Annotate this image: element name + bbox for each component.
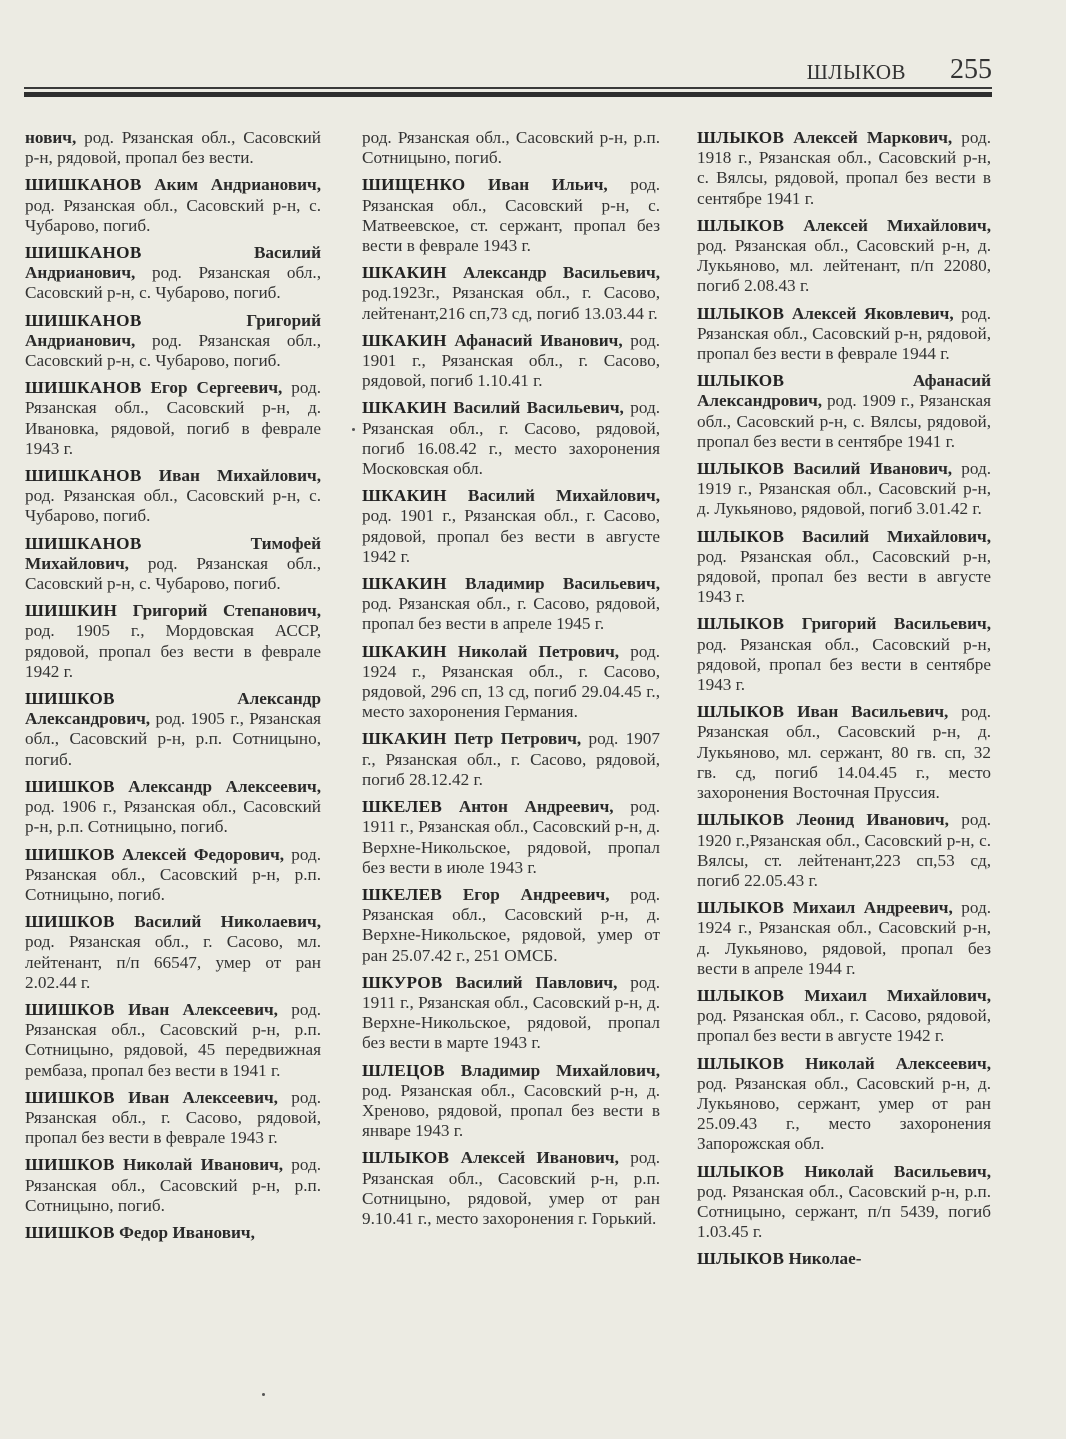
- entry-details: род. Рязанская обл., г. Сасово, рядовой,…: [362, 594, 660, 633]
- entry-given-names: Иван Алексеевич,: [115, 1088, 278, 1107]
- entry-details: род. 1901 г., Рязанская обл., г. Сасово,…: [362, 506, 660, 565]
- list-entry: ШКЕЛЕВ Егор Андреевич, род. Рязанская об…: [362, 885, 660, 966]
- entry-given-names: Василий Павлович,: [443, 973, 618, 992]
- entry-given-names: Иван Васильевич,: [784, 702, 948, 721]
- entry-details: род. 1906 г., Рязанская обл., Сасовский …: [25, 797, 321, 836]
- entry-surname: ШИШКОВ: [25, 1000, 115, 1019]
- entry-surname: ШИШКИН: [25, 601, 117, 620]
- entry-surname: ШЛЫКОВ: [697, 1162, 784, 1181]
- list-entry: ШИШКОВ Николай Иванович, род. Рязанская …: [25, 1155, 321, 1216]
- entry-details: род. Рязанская обл., Сасовский р-н, д. Л…: [697, 236, 991, 295]
- entry-surname: ШИШКАНОВ: [25, 378, 142, 397]
- list-entry: ШКАКИН Александр Васильевич, род.1923г.,…: [362, 263, 660, 324]
- list-entry: ШЛЫКОВ Алексей Маркович, род. 1918 г., Р…: [697, 128, 991, 209]
- list-entry: ШЛЫКОВ Алексей Иванович, род. Рязанская …: [362, 1148, 660, 1229]
- entry-given-names: Николай Петрович,: [447, 642, 619, 661]
- entry-surname: ШЛЫКОВ: [697, 128, 784, 147]
- entry-surname: ШИШКОВ: [25, 912, 115, 931]
- list-entry: ШКАКИН Петр Петрович, род. 1907 г., Ряза…: [362, 729, 660, 790]
- list-entry: ШЛЕЦОВ Владимир Михайлович, род. Рязанск…: [362, 1061, 660, 1142]
- entry-given-names: Григорий Васильевич,: [784, 614, 991, 633]
- entry-surname: ШКАКИН: [362, 486, 447, 505]
- list-entry: ШИШКОВ Василий Николаевич, род. Рязанска…: [25, 912, 321, 993]
- entry-surname: ШЛЫКОВ: [362, 1148, 449, 1167]
- list-entry: ШИШКАНОВ Григорий Андрианович, род. Ряза…: [25, 311, 321, 372]
- entry-given-names: Афанасий Иванович,: [447, 331, 623, 350]
- entry-given-names: Николай Васильевич,: [784, 1162, 991, 1181]
- entry-surname: ШИШКОВ: [25, 845, 115, 864]
- entry-surname: ШЛЫКОВ: [697, 810, 784, 829]
- list-entry: ШЛЫКОВ Леонид Иванович, род. 1920 г.,Ряз…: [697, 810, 991, 891]
- text-column-3: ШЛЫКОВ Алексей Маркович, род. 1918 г., Р…: [697, 128, 991, 1277]
- entry-surname: ШЛЫКОВ: [697, 614, 784, 633]
- entry-given-names: Егор Сергеевич,: [142, 378, 283, 397]
- list-entry: ШИШКОВ Иван Алексеевич, род. Рязанская о…: [25, 1000, 321, 1081]
- entry-surname: ШЛЫКОВ: [697, 304, 784, 323]
- entry-surname: ШИШКОВ: [25, 689, 115, 708]
- list-entry: ШИШКАНОВ Тимофей Михайлович, род. Рязанс…: [25, 534, 321, 595]
- entry-surname: ШКАКИН: [362, 263, 447, 282]
- entry-given-names: Антон Андреевич,: [442, 797, 613, 816]
- list-entry: ШИШКАНОВ Егор Сергеевич, род. Рязанская …: [25, 378, 321, 459]
- list-entry: ШИШКАНОВ Аким Андрианович, род. Рязанска…: [25, 175, 321, 236]
- entry-given-names: Михаил Андреевич,: [784, 898, 953, 917]
- entry-given-names: Василий Васильевич,: [447, 398, 624, 417]
- list-entry: ШЛЫКОВ Михаил Михайлович, род. Рязанская…: [697, 986, 991, 1047]
- entry-surname: ШИШКАНОВ: [25, 534, 142, 553]
- list-entry: ШКЕЛЕВ Антон Андреевич, род. 1911 г., Ря…: [362, 797, 660, 878]
- entry-surname: ШЛЫКОВ: [697, 898, 784, 917]
- entry-given-names: Петр Петрович,: [447, 729, 581, 748]
- entry-surname: ШИЩЕНКО: [362, 175, 465, 194]
- entry-surname: ШКЕЛЕВ: [362, 797, 442, 816]
- list-entry: ШЛЫКОВ Афанасий Александрович, род. 1909…: [697, 371, 991, 452]
- entry-given-names: Алексей Маркович,: [784, 128, 952, 147]
- list-entry: ШЛЫКОВ Григорий Васильевич, род. Рязанск…: [697, 614, 991, 695]
- entry-given-names: Алексей Яковлевич,: [784, 304, 953, 323]
- list-entry: ШКАКИН Владимир Васильевич, род. Рязанск…: [362, 574, 660, 635]
- running-head-word: ШЛЫКОВ: [807, 60, 906, 85]
- list-entry: ШИШКАНОВ Василий Андрианович, род. Рязан…: [25, 243, 321, 304]
- list-entry: ШЛЫКОВ Алексей Яковлевич, род. Рязанская…: [697, 304, 991, 365]
- entry-surname: ШЛЫКОВ: [697, 1249, 784, 1268]
- list-entry: ШЛЫКОВ Василий Михайлович, род. Рязанска…: [697, 527, 991, 608]
- entry-surname: ШИШКОВ: [25, 1155, 115, 1174]
- entry-details: род. Рязанская обл., Сасовский р-н, рядо…: [697, 547, 991, 606]
- scan-speck: [262, 1393, 265, 1396]
- entry-surname: ШКУРОВ: [362, 973, 443, 992]
- entry-surname: ШИШКОВ: [25, 777, 115, 796]
- entry-details: род. 1905 г., Мордовская АССР, рядовой, …: [25, 621, 321, 680]
- entry-given-names: Александр Алексеевич,: [115, 777, 321, 796]
- list-entry: ШКАКИН Николай Петрович, род. 1924 г., Р…: [362, 642, 660, 723]
- entry-surname: ШКАКИН: [362, 398, 447, 417]
- entry-given-names: Алексей Михайлович,: [784, 216, 991, 235]
- entry-given-names: Василий Михайлович,: [784, 527, 991, 546]
- entry-surname: ШКАКИН: [362, 642, 447, 661]
- entry-surname: ШЛЫКОВ: [697, 216, 784, 235]
- list-entry: ШИШКАНОВ Иван Михайлович, род. Рязанская…: [25, 466, 321, 527]
- list-entry: ШИШКОВ Александр Алексеевич, род. 1906 г…: [25, 777, 321, 838]
- entry-given-names: Владимир Михайлович,: [445, 1061, 660, 1080]
- list-entry: ШКАКИН Василий Васильевич, род. Рязанска…: [362, 398, 660, 479]
- entry-surname: ШЛЫКОВ: [697, 459, 784, 478]
- header-rule-thin: [24, 87, 992, 89]
- entry-details: род. Рязанская обл., Сасовский р-н, рядо…: [697, 635, 991, 694]
- list-entry: род. Рязанская обл., Сасовский р-н, р.п.…: [362, 128, 660, 168]
- list-entry: ШЛЫКОВ Николай Алексеевич, род. Рязанска…: [697, 1054, 991, 1155]
- text-column-1: нович, род. Рязанская обл., Сасовский р-…: [25, 128, 321, 1250]
- entry-details: род. Рязанская обл., Сасовский р-н, р.п.…: [362, 128, 660, 167]
- list-entry: ШЛЫКОВ Николай Васильевич, род. Рязанска…: [697, 1162, 991, 1243]
- entry-details: род. Рязанская обл., Сасовский р-н, д. Л…: [697, 1074, 991, 1154]
- entry-given-names: Владимир Васильевич,: [447, 574, 660, 593]
- list-entry: ШЛЫКОВ Иван Васильевич, род. Рязанская о…: [697, 702, 991, 803]
- entry-details: род. Рязанская обл., г. Сасово, рядовой,…: [697, 1006, 991, 1045]
- list-entry: ШКУРОВ Василий Павлович, род. 1911 г., Р…: [362, 973, 660, 1054]
- list-entry: ШКАКИН Афанасий Иванович, род. 1901 г., …: [362, 331, 660, 392]
- entry-given-names: Василий Михайлович,: [447, 486, 660, 505]
- running-head: ШЛЫКОВ 255: [24, 58, 992, 88]
- entry-given-names: Николае-: [784, 1249, 861, 1268]
- header-rule-thick: [24, 92, 992, 97]
- entry-surname: ШИШКОВ: [25, 1223, 115, 1242]
- entry-surname: ШЛЕЦОВ: [362, 1061, 445, 1080]
- scan-speck: [352, 428, 355, 431]
- entry-surname: ШИШКОВ: [25, 1088, 115, 1107]
- entry-given-names: Аким Андрианович,: [142, 175, 321, 194]
- entry-given-names: Василий Иванович,: [784, 459, 952, 478]
- entry-given-names: Егор Андреевич,: [442, 885, 609, 904]
- entry-surname: ШКАКИН: [362, 729, 447, 748]
- entry-surname: ШИШКАНОВ: [25, 243, 142, 262]
- entry-given-names: Иван Алексеевич,: [115, 1000, 278, 1019]
- entry-surname: ШИШКАНОВ: [25, 175, 142, 194]
- entry-surname: ШКАКИН: [362, 574, 447, 593]
- entry-given-names: Николай Алексеевич,: [784, 1054, 991, 1073]
- entry-surname: ШИШКАНОВ: [25, 466, 142, 485]
- entry-given-names: Иван Ильич,: [465, 175, 607, 194]
- list-entry: ШИШКОВ Алексей Федорович, род. Рязанская…: [25, 845, 321, 906]
- entry-given-names: Федор Иванович,: [115, 1223, 255, 1242]
- list-entry: ШЛЫКОВ Николае-: [697, 1249, 991, 1269]
- entry-given-names: Григорий Степанович,: [117, 601, 321, 620]
- list-entry: ШИШКИН Григорий Степанович, род. 1905 г.…: [25, 601, 321, 682]
- entry-given-names: Александр Васильевич,: [447, 263, 660, 282]
- entry-details: род. Рязанская обл., г. Сасово, мл. лейт…: [25, 932, 321, 991]
- entry-surname: ШЛЫКОВ: [697, 371, 784, 390]
- page-number: 255: [950, 54, 992, 86]
- entry-given-names: Михаил Михайлович,: [784, 986, 991, 1005]
- entry-details: род. Рязанская обл., Сасовский р-н, д. Х…: [362, 1081, 660, 1140]
- list-entry: ШИШКОВ Федор Иванович,: [25, 1223, 321, 1243]
- entry-details: род. Рязанская обл., Сасовский р-н, р.п.…: [697, 1182, 991, 1241]
- entry-surname: ШЛЫКОВ: [697, 986, 784, 1005]
- list-entry: ШИЩЕНКО Иван Ильич, род. Рязанская обл.,…: [362, 175, 660, 256]
- list-entry: ШИШКОВ Александр Александрович, род. 190…: [25, 689, 321, 770]
- entry-surname: ШИШКАНОВ: [25, 311, 142, 330]
- entry-given-names: Николай Иванович,: [115, 1155, 283, 1174]
- entry-details: род.1923г., Рязанская обл., г. Сасово, л…: [362, 283, 660, 322]
- list-entry: ШЛЫКОВ Михаил Андреевич, род. 1924 г., Р…: [697, 898, 991, 979]
- entry-details: род. Рязанская обл., Сасовский р-н, с. Ч…: [25, 486, 321, 525]
- list-entry: ШЛЫКОВ Алексей Михайлович, род. Рязанска…: [697, 216, 991, 297]
- entry-details: род. Рязанская обл., Сасовский р-н, с. Ч…: [25, 196, 321, 235]
- entry-given-names: Алексей Иванович,: [449, 1148, 619, 1167]
- list-entry: ШЛЫКОВ Василий Иванович, род. 1919 г., Р…: [697, 459, 991, 520]
- entry-surname: ШКАКИН: [362, 331, 447, 350]
- list-entry: нович, род. Рязанская обл., Сасовский р-…: [25, 128, 321, 168]
- entry-given-names: Василий Николаевич,: [115, 912, 321, 931]
- entry-surname: ШЛЫКОВ: [697, 1054, 784, 1073]
- list-entry: ШКАКИН Василий Михайлович, род. 1901 г.,…: [362, 486, 660, 567]
- list-entry: ШИШКОВ Иван Алексеевич, род. Рязанская о…: [25, 1088, 321, 1149]
- entry-given-names: нович,: [25, 128, 76, 147]
- entry-given-names: Леонид Иванович,: [784, 810, 949, 829]
- entry-surname: ШЛЫКОВ: [697, 527, 784, 546]
- entry-surname: ШКЕЛЕВ: [362, 885, 442, 904]
- entry-given-names: Иван Михайлович,: [142, 466, 321, 485]
- entry-surname: ШЛЫКОВ: [697, 702, 784, 721]
- text-column-2: род. Рязанская обл., Сасовский р-н, р.п.…: [362, 128, 660, 1236]
- entry-given-names: Алексей Федорович,: [115, 845, 284, 864]
